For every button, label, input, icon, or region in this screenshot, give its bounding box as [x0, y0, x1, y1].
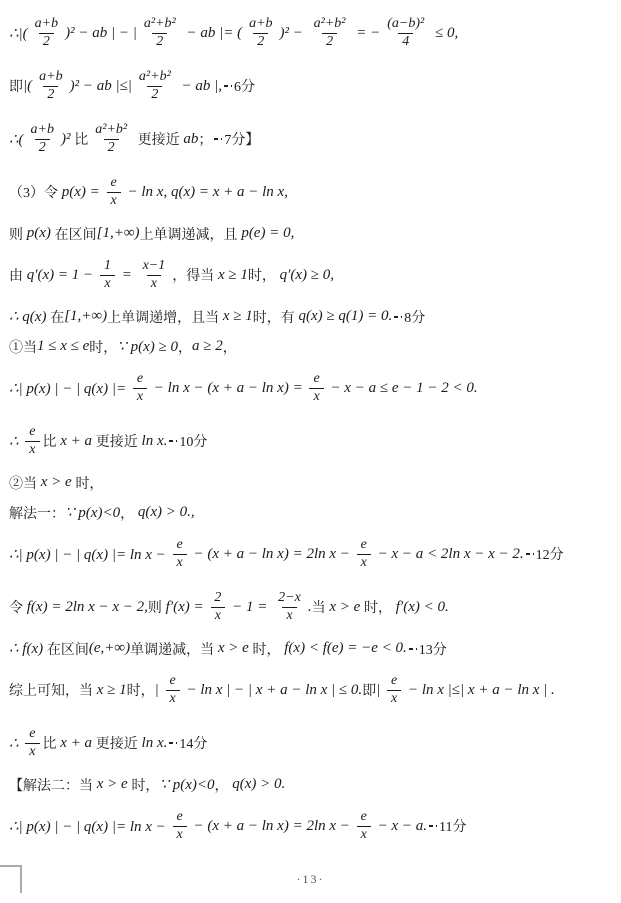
- math-text: |: [155, 682, 163, 699]
- math-text: − ab |= (: [183, 25, 242, 42]
- cjk-text: 在区间: [47, 639, 89, 659]
- cjk-text: ，: [120, 503, 134, 523]
- score-label: 11分: [439, 816, 466, 836]
- fraction: (a−b)²4: [383, 16, 428, 49]
- fraction-numerator: a+b: [245, 16, 276, 32]
- fraction: ex: [166, 673, 180, 706]
- document-page: ∴|(a+b2)² − ab | − |a²+b²2 − ab |= (a+b2…: [0, 0, 621, 903]
- math-text: − 1 =: [228, 599, 271, 616]
- math-text: − ln x |≤| x + a − ln x | .: [404, 682, 555, 699]
- math-text: q(x) ≥ q(1) = 0.: [295, 308, 393, 325]
- fraction: ex: [173, 809, 187, 842]
- math-text: )² − ab | − |: [65, 25, 137, 42]
- math-text: x > e: [93, 776, 131, 793]
- cjk-text: 时，有: [253, 307, 295, 327]
- fraction: ex: [173, 537, 187, 570]
- math-text: x > e: [214, 640, 252, 657]
- page-number: ·13·: [297, 872, 325, 886]
- math-text: p(e) = 0,: [238, 225, 295, 242]
- math-text: 1 ≤ x ≤ e: [37, 338, 89, 355]
- math-text: ≤ 0,: [431, 25, 458, 42]
- cjk-text: 更接近: [96, 733, 138, 753]
- fraction-denominator: x: [173, 826, 187, 843]
- math-text: (e,+∞): [89, 640, 130, 657]
- math-text: ∴| p(x) | − | q(x) |= ln x −: [9, 817, 170, 836]
- math-text: ∵ p(x)<0: [159, 775, 214, 794]
- dashed-leader: [409, 648, 417, 650]
- cjk-text: 由: [9, 265, 23, 285]
- fraction-numerator: 1: [100, 258, 115, 274]
- math-text: ∴| p(x) | − | q(x) |=: [9, 379, 130, 398]
- document-line: ②当 x > e 时，: [9, 471, 612, 494]
- cjk-text: 时，: [248, 265, 276, 285]
- fraction-numerator: e: [387, 673, 401, 689]
- cjk-text: 比: [43, 733, 57, 753]
- fraction-denominator: x: [147, 275, 161, 292]
- fraction: ex: [387, 673, 401, 706]
- fraction-denominator: 2: [322, 33, 337, 50]
- math-text: f(x) = 2ln x − x − 2,: [23, 599, 148, 616]
- math-text: q′(x) ≥ 0,: [276, 267, 334, 284]
- cjk-text: 时，: [364, 597, 392, 617]
- cjk-text: 则: [9, 224, 23, 244]
- math-text: )² −: [280, 25, 307, 42]
- math-text: )² − ab |≤|: [70, 78, 132, 95]
- math-text: |: [376, 682, 384, 699]
- math-text: q(x) > 0.,: [134, 504, 195, 521]
- math-text: − x − a < 2ln x − x − 2.: [374, 546, 524, 563]
- fraction-numerator: e: [173, 537, 187, 553]
- fraction: a+b2: [31, 16, 62, 49]
- math-text: q(x) > 0.: [229, 776, 286, 793]
- fraction-denominator: 2: [152, 33, 167, 50]
- math-text: ∴: [9, 734, 22, 753]
- cjk-text: 更接近: [134, 129, 180, 149]
- fraction-denominator: 2: [253, 33, 268, 50]
- document-line: 由 q′(x) = 1 − 1x = x−1x，得当 x ≥ 1时， q′(x)…: [9, 252, 612, 298]
- fraction-numerator: e: [133, 371, 147, 387]
- document-line: ∴ ex比 x + a 更接近 ln x.10分: [9, 418, 612, 464]
- fraction-numerator: e: [173, 809, 187, 825]
- fraction: 1x: [100, 258, 115, 291]
- math-text: − ab |,: [178, 78, 222, 95]
- score-label: 12分: [536, 544, 564, 564]
- dashed-leader: [169, 742, 177, 744]
- cjk-text: 综上可知，当: [9, 680, 93, 700]
- fraction-denominator: x: [166, 690, 180, 707]
- cjk-text: 在区间: [55, 224, 97, 244]
- document-line: ∴| p(x) | − | q(x) |= ln x − ex − (x + a…: [9, 803, 612, 849]
- fraction: ex: [357, 537, 371, 570]
- math-text: f(x) < f(e) = −e < 0.: [281, 640, 407, 657]
- fraction-numerator: a+b: [31, 16, 62, 32]
- document-line: ∴ q(x) 在[1,+∞)上单调递增，且当 x ≥ 1时，有 q(x) ≥ q…: [9, 305, 612, 328]
- fraction-denominator: 2: [35, 139, 50, 156]
- document-line: 综上可知，当 x ≥ 1时，| ex − ln x | − | x + a − …: [9, 667, 612, 713]
- fraction-denominator: x: [173, 554, 187, 571]
- math-text: x ≥ 1: [219, 308, 253, 325]
- math-text: − ln x − (x + a − ln x) =: [150, 380, 306, 397]
- fraction-numerator: e: [357, 537, 371, 553]
- math-text: − (x + a − ln x) = 2ln x −: [190, 818, 354, 835]
- math-text: = −: [353, 25, 381, 42]
- math-text: ln x.: [138, 735, 168, 752]
- math-text: x ≥ 1: [214, 267, 248, 284]
- fraction: a²+b²2: [91, 122, 131, 155]
- cjk-text: ，得当: [172, 265, 214, 285]
- fraction-denominator: x: [25, 743, 39, 760]
- fraction: 2x: [210, 590, 225, 623]
- fraction-denominator: x: [357, 826, 371, 843]
- fraction: ex: [25, 424, 39, 457]
- cjk-text: 则: [148, 597, 162, 617]
- fraction-denominator: x: [357, 554, 371, 571]
- document-line: 则 p(x) 在区间[1,+∞)上单调递减，且 p(e) = 0,: [9, 222, 612, 245]
- cjk-text: 时，: [75, 473, 103, 493]
- cjk-text: 时，: [89, 337, 117, 357]
- cjk-text: 时，: [131, 775, 159, 795]
- cjk-text: ，: [223, 337, 237, 357]
- fraction-denominator: 4: [398, 33, 413, 50]
- math-text: ∴ f(x): [9, 639, 47, 658]
- fraction: a²+b²2: [140, 16, 180, 49]
- cjk-text: 时，: [127, 680, 155, 700]
- score-label: 8分: [404, 307, 425, 327]
- fraction-numerator: a²+b²: [140, 16, 180, 32]
- cjk-text: 即: [9, 76, 23, 96]
- fraction-denominator: x: [107, 192, 121, 209]
- fraction: a+b2: [35, 69, 66, 102]
- dashed-leader: [394, 316, 402, 318]
- document-line: 解法一：∵ p(x)<0， q(x) > 0.,: [9, 501, 612, 524]
- fraction: a²+b²2: [310, 16, 350, 49]
- fraction-denominator: 2: [39, 33, 54, 50]
- fraction-numerator: e: [25, 424, 39, 440]
- cjk-text: 上单调递减，且: [140, 224, 238, 244]
- cjk-text: 即: [362, 680, 376, 700]
- math-text: − x − a ≤ e − 1 − 2 < 0.: [327, 380, 478, 397]
- fraction-denominator: x: [133, 388, 147, 405]
- math-text: f′(x) < 0.: [392, 599, 449, 616]
- document-line: （3）令 p(x) = ex − ln x, q(x) = x + a − ln…: [9, 169, 612, 215]
- math-text: ln x.: [138, 433, 168, 450]
- document-line: ∴| p(x) | − | q(x) |= ln x − ex − (x + a…: [9, 531, 612, 577]
- math-text: x > e: [37, 474, 75, 491]
- cjk-text: 上单调递增，且当: [107, 307, 219, 327]
- math-text: =: [118, 267, 136, 284]
- math-text: ∴ q(x): [9, 307, 50, 326]
- fraction-denominator: x: [387, 690, 401, 707]
- document-line: 即|(a+b2)² − ab |≤|a²+b²2 − ab |,6分: [9, 63, 612, 109]
- fraction-numerator: a²+b²: [310, 16, 350, 32]
- fraction-denominator: x: [25, 441, 39, 458]
- cjk-text: 比: [74, 129, 88, 149]
- fraction: ex: [133, 371, 147, 404]
- fraction-numerator: e: [25, 726, 39, 742]
- fraction-numerator: a+b: [27, 122, 58, 138]
- cjk-text: ②当: [9, 473, 37, 493]
- math-text: )²: [61, 131, 74, 148]
- math-text: x ≥ 1: [93, 682, 127, 699]
- math-text: ∴| p(x) | − | q(x) |= ln x −: [9, 545, 170, 564]
- dashed-leader: [169, 440, 177, 442]
- document-line: ∴ f(x) 在区间(e,+∞)单调递减，当 x > e 时， f(x) < f…: [9, 637, 612, 660]
- cjk-text: 【解法二：当: [9, 775, 93, 795]
- math-text: p(x) =: [58, 184, 104, 201]
- math-text: ∵ p(x)<0: [65, 503, 120, 522]
- fraction: a+b2: [27, 122, 58, 155]
- document-line: ∴|(a+b2)² − ab | − |a²+b²2 − ab |= (a+b2…: [9, 10, 612, 56]
- fraction-numerator: a+b: [35, 69, 66, 85]
- dashed-leader: [429, 825, 437, 827]
- score-label: 6分: [234, 76, 255, 96]
- fraction-denominator: 2: [43, 86, 58, 103]
- document-line: ∴| p(x) | − | q(x) |= ex − ln x − (x + a…: [9, 365, 612, 411]
- fraction-numerator: 2−x: [274, 590, 305, 606]
- document-body: ∴|(a+b2)² − ab | − |a²+b²2 − ab |= (a+b2…: [9, 10, 612, 849]
- fraction: x−1x: [139, 258, 170, 291]
- math-text: − ln x, q(x) = x + a − ln x,: [124, 184, 288, 201]
- fraction-numerator: e: [309, 371, 323, 387]
- math-text: − (x + a − ln x) = 2ln x −: [190, 546, 354, 563]
- score-label: 13分: [419, 639, 447, 659]
- fraction-denominator: x: [282, 607, 296, 624]
- fraction-numerator: a²+b²: [91, 122, 131, 138]
- cjk-text: 当: [312, 597, 326, 617]
- math-text: x + a: [57, 735, 96, 752]
- math-text: f′(x) =: [162, 599, 207, 616]
- cjk-text: ；: [198, 129, 212, 149]
- score-label: 14分: [179, 733, 207, 753]
- page-footer: ·13·: [0, 872, 621, 887]
- math-text: ∴: [9, 432, 22, 451]
- fraction-denominator: 2: [104, 139, 119, 156]
- score-label: 10分: [179, 431, 207, 451]
- fraction-numerator: 2: [210, 590, 225, 606]
- math-text: a ≥ 2: [192, 338, 223, 355]
- cjk-text: 更接近: [96, 431, 138, 451]
- math-text: ∵ p(x) ≥ 0: [117, 337, 178, 356]
- fraction-numerator: e: [107, 175, 121, 191]
- cjk-text: ①当: [9, 337, 37, 357]
- document-line: ∴(a+b2)² 比a²+b²2 更接近 ab；7分】: [9, 116, 612, 162]
- cjk-text: 比: [43, 431, 57, 451]
- math-text: ∴|(: [9, 24, 28, 43]
- fraction-numerator: e: [357, 809, 371, 825]
- math-text: [1,+∞): [97, 225, 140, 242]
- math-text: x + a: [57, 433, 96, 450]
- document-line: ∴ ex比 x + a 更接近 ln x.14分: [9, 720, 612, 766]
- fraction-numerator: (a−b)²: [383, 16, 428, 32]
- fraction: a+b2: [245, 16, 276, 49]
- math-text: ∴(: [9, 130, 24, 149]
- math-text: − x − a.: [374, 818, 427, 835]
- cjk-text: 单调递减，当: [130, 639, 214, 659]
- document-line: 【解法二：当 x > e 时，∵ p(x)<0， q(x) > 0.: [9, 773, 612, 796]
- fraction: a²+b²2: [135, 69, 175, 102]
- fraction-denominator: x: [211, 607, 225, 624]
- fraction-numerator: e: [166, 673, 180, 689]
- fraction-numerator: a²+b²: [135, 69, 175, 85]
- math-text: [1,+∞): [64, 308, 107, 325]
- cjk-text: 在: [50, 307, 64, 327]
- fraction: 2−xx: [274, 590, 305, 623]
- cjk-text: ，: [215, 775, 229, 795]
- math-text: q′(x) = 1 −: [23, 267, 97, 284]
- fraction: ex: [309, 371, 323, 404]
- fraction-numerator: x−1: [139, 258, 170, 274]
- math-text: p(x): [23, 225, 55, 242]
- dashed-leader: [214, 138, 222, 140]
- document-line: 令 f(x) = 2ln x − x − 2,则 f′(x) = 2x − 1 …: [9, 584, 612, 630]
- fraction-denominator: x: [100, 275, 114, 292]
- cjk-text: （3）令: [9, 182, 58, 202]
- fraction: ex: [107, 175, 121, 208]
- math-text: x > e: [326, 599, 364, 616]
- fraction-denominator: 2: [147, 86, 162, 103]
- math-text: |(: [23, 78, 32, 95]
- document-line: ①当1 ≤ x ≤ e时，∵ p(x) ≥ 0，a ≥ 2，: [9, 335, 612, 358]
- math-text: ab: [180, 131, 199, 148]
- math-text: − ln x | − | x + a − ln x | ≤ 0.: [183, 682, 362, 699]
- fraction: ex: [357, 809, 371, 842]
- cjk-text: 令: [9, 597, 23, 617]
- fraction-denominator: x: [309, 388, 323, 405]
- fraction: ex: [25, 726, 39, 759]
- dashed-leader: [224, 85, 232, 87]
- cjk-text: 解法一：: [9, 503, 65, 523]
- dashed-leader: [526, 553, 534, 555]
- cjk-text: 时，: [253, 639, 281, 659]
- cjk-text: ，: [178, 337, 192, 357]
- score-label: 7分】: [224, 129, 259, 149]
